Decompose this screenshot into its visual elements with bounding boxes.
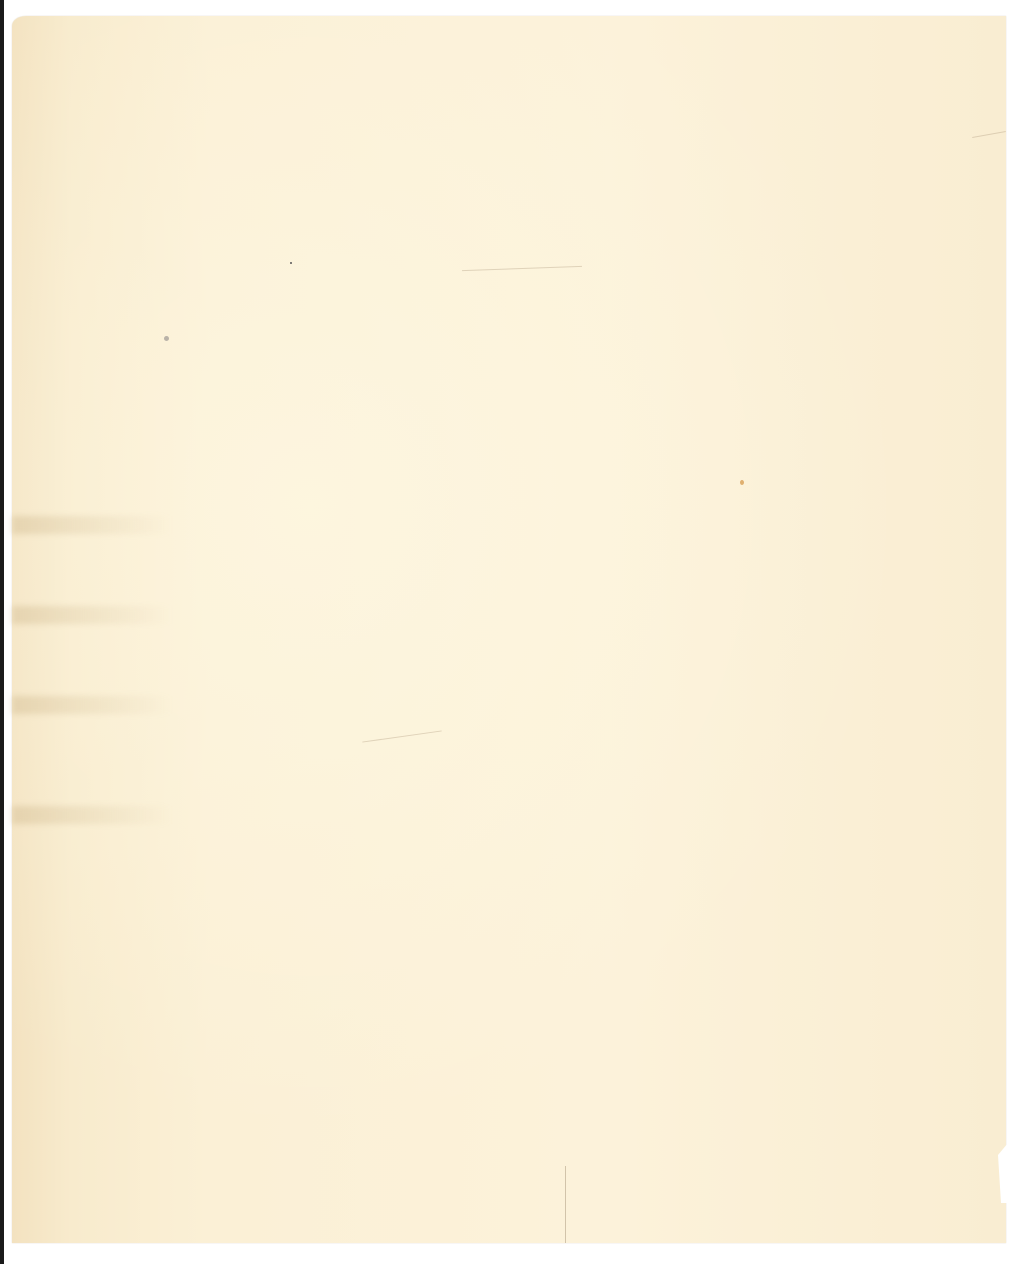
fold-shadow [12, 516, 172, 534]
stain-spot [164, 336, 169, 341]
crease [362, 730, 441, 742]
fold-shadow [12, 806, 172, 824]
bottom-tear-line [565, 1166, 566, 1243]
stain-spot [740, 480, 744, 485]
fold-shadow [12, 696, 172, 714]
crease [462, 266, 582, 271]
fold-shadow [12, 606, 172, 624]
stain-spot [290, 262, 292, 264]
scanner-edge [0, 0, 4, 1264]
corner-tear [972, 131, 1006, 138]
paper-sheet [12, 16, 1006, 1243]
corner-tear-notch [998, 1143, 1008, 1203]
